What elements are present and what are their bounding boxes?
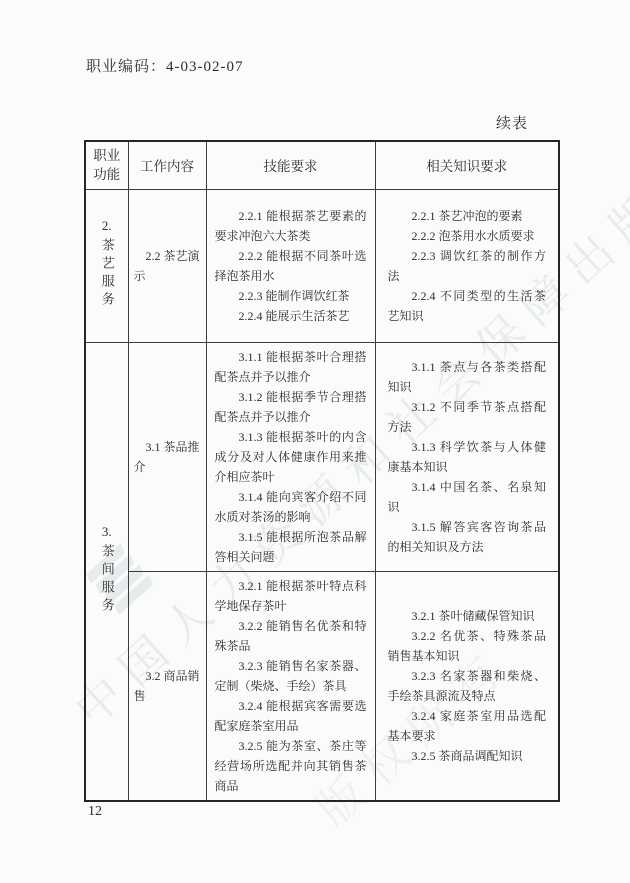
skill-requirements-cell: 3.1.1 能根据茶叶合理搭配茶点并予以推介 3.1.2 能根据季节合理搭配茶点… (206, 342, 375, 571)
standard-table-wrapper: 职业功能 工作内容 技能要求 相关知识要求 2. 茶艺服务 2.2 茶艺演示 2… (84, 140, 558, 802)
work-content-label: 2.2 茶艺演示 (134, 246, 201, 286)
knowledge-item: 2.2.1 茶艺冲泡的要素 (388, 206, 547, 226)
skill-item: 3.2.2 能销售名优茶和特殊茶品 (215, 616, 367, 656)
occupation-code: 职业编码：4-03-02-07 (86, 55, 244, 76)
work-content-cell: 2.2 茶艺演示 (128, 189, 206, 342)
knowledge-item: 3.1.3 科学饮茶与人体健康基本知识 (388, 437, 547, 477)
skill-item: 2.2.2 能根据不同茶叶选择泡茶用水 (215, 246, 367, 286)
header-occupational-function: 职业功能 (85, 141, 128, 189)
header-row: 职业功能 工作内容 技能要求 相关知识要求 (85, 141, 559, 189)
skill-item: 2.2.3 能制作调饮红茶 (215, 286, 367, 306)
skill-item: 3.2.3 能销售名家茶器、定制（柴烧、手绘）茶具 (215, 656, 367, 696)
work-content-cell: 3.1 茶品推介 (128, 342, 206, 571)
continued-table-label: 续表 (496, 112, 528, 133)
work-content-label: 3.2 商品销售 (134, 666, 201, 706)
knowledge-item: 2.2.3 调饮红茶的制作方法 (388, 246, 547, 286)
skill-item: 3.1.5 能根据所泡茶品解答相关问题 (215, 527, 367, 567)
skill-requirements-cell: 3.2.1 能根据茶叶特点科学地保存茶叶 3.2.2 能销售名优茶和特殊茶品 3… (206, 571, 375, 801)
skill-item: 3.1.2 能根据季节合理搭配茶点并予以推介 (215, 387, 367, 427)
function-cell-tea-art-service: 2. 茶艺服务 (85, 189, 128, 342)
header-skill-requirements: 技能要求 (206, 141, 375, 189)
function-name: 茶间服务 (98, 544, 116, 616)
knowledge-item: 3.2.3 名家茶器和柴烧、手绘茶具源流及特点 (388, 666, 547, 706)
skill-item: 2.2.1 能根据茶艺要素的要求冲泡六大茶类 (215, 206, 367, 246)
function-cell-tea-room-service: 3. 茶间服务 (85, 342, 128, 801)
skill-item: 3.1.4 能向宾客介绍不同水质对茶汤的影响 (215, 487, 367, 527)
work-content-label: 3.1 茶品推介 (134, 437, 201, 477)
knowledge-requirements-cell: 3.2.1 茶叶储藏保管知识 3.2.2 名优茶、特殊茶品销售基本知识 3.2.… (375, 571, 559, 801)
knowledge-item: 3.2.4 家庭茶室用品选配基本要求 (388, 706, 547, 746)
header-knowledge-requirements: 相关知识要求 (375, 141, 559, 189)
header-occupational-function-label: 职业功能 (92, 146, 122, 184)
knowledge-item: 3.2.2 名优茶、特殊茶品销售基本知识 (388, 626, 547, 666)
skill-item: 3.2.1 能根据茶叶特点科学地保存茶叶 (215, 576, 367, 616)
function-number: 2. (87, 217, 127, 235)
knowledge-item: 3.1.4 中国名茶、名泉知识 (388, 477, 547, 517)
skill-item: 3.2.4 能根据宾客需要选配家庭茶室用品 (215, 696, 367, 736)
skill-requirements-cell: 2.2.1 能根据茶艺要素的要求冲泡六大茶类 2.2.2 能根据不同茶叶选择泡茶… (206, 189, 375, 342)
knowledge-requirements-cell: 2.2.1 茶艺冲泡的要素 2.2.2 泡茶用水水质要求 2.2.3 调饮红茶的… (375, 189, 559, 342)
work-content-cell: 3.2 商品销售 (128, 571, 206, 801)
knowledge-item: 3.1.5 解答宾客咨询茶品的相关知识及方法 (388, 517, 547, 557)
function-number: 3. (87, 523, 127, 541)
skill-item: 3.2.5 能为茶室、茶庄等经营场所选配并向其销售茶商品 (215, 736, 367, 796)
table-row: 3.2 商品销售 3.2.1 能根据茶叶特点科学地保存茶叶 3.2.2 能销售名… (85, 571, 559, 801)
function-name: 茶艺服务 (98, 238, 116, 310)
table-row: 3. 茶间服务 3.1 茶品推介 3.1.1 能根据茶叶合理搭配茶点并予以推介 … (85, 342, 559, 571)
knowledge-item: 2.2.4 不同类型的生活茶艺知识 (388, 286, 547, 326)
knowledge-item: 3.1.2 不同季节茶点搭配方法 (388, 397, 547, 437)
skill-item: 3.1.1 能根据茶叶合理搭配茶点并予以推介 (215, 347, 367, 387)
knowledge-item: 3.1.1 茶点与各茶类搭配知识 (388, 357, 547, 397)
table-row: 2. 茶艺服务 2.2 茶艺演示 2.2.1 能根据茶艺要素的要求冲泡六大茶类 … (85, 189, 559, 342)
header-work-content: 工作内容 (128, 141, 206, 189)
occupational-standard-table: 职业功能 工作内容 技能要求 相关知识要求 2. 茶艺服务 2.2 茶艺演示 2… (84, 140, 560, 802)
knowledge-requirements-cell: 3.1.1 茶点与各茶类搭配知识 3.1.2 不同季节茶点搭配方法 3.1.3 … (375, 342, 559, 571)
skill-item: 2.2.4 能展示生活茶艺 (215, 306, 367, 326)
skill-item: 3.1.3 能根据茶叶的内含成分及对人体健康作用来推介相应茶叶 (215, 427, 367, 487)
page-number: 12 (88, 804, 102, 820)
knowledge-item: 3.2.1 茶叶储藏保管知识 (388, 606, 547, 626)
knowledge-item: 2.2.2 泡茶用水水质要求 (388, 226, 547, 246)
knowledge-item: 3.2.5 茶商品调配知识 (388, 746, 547, 766)
